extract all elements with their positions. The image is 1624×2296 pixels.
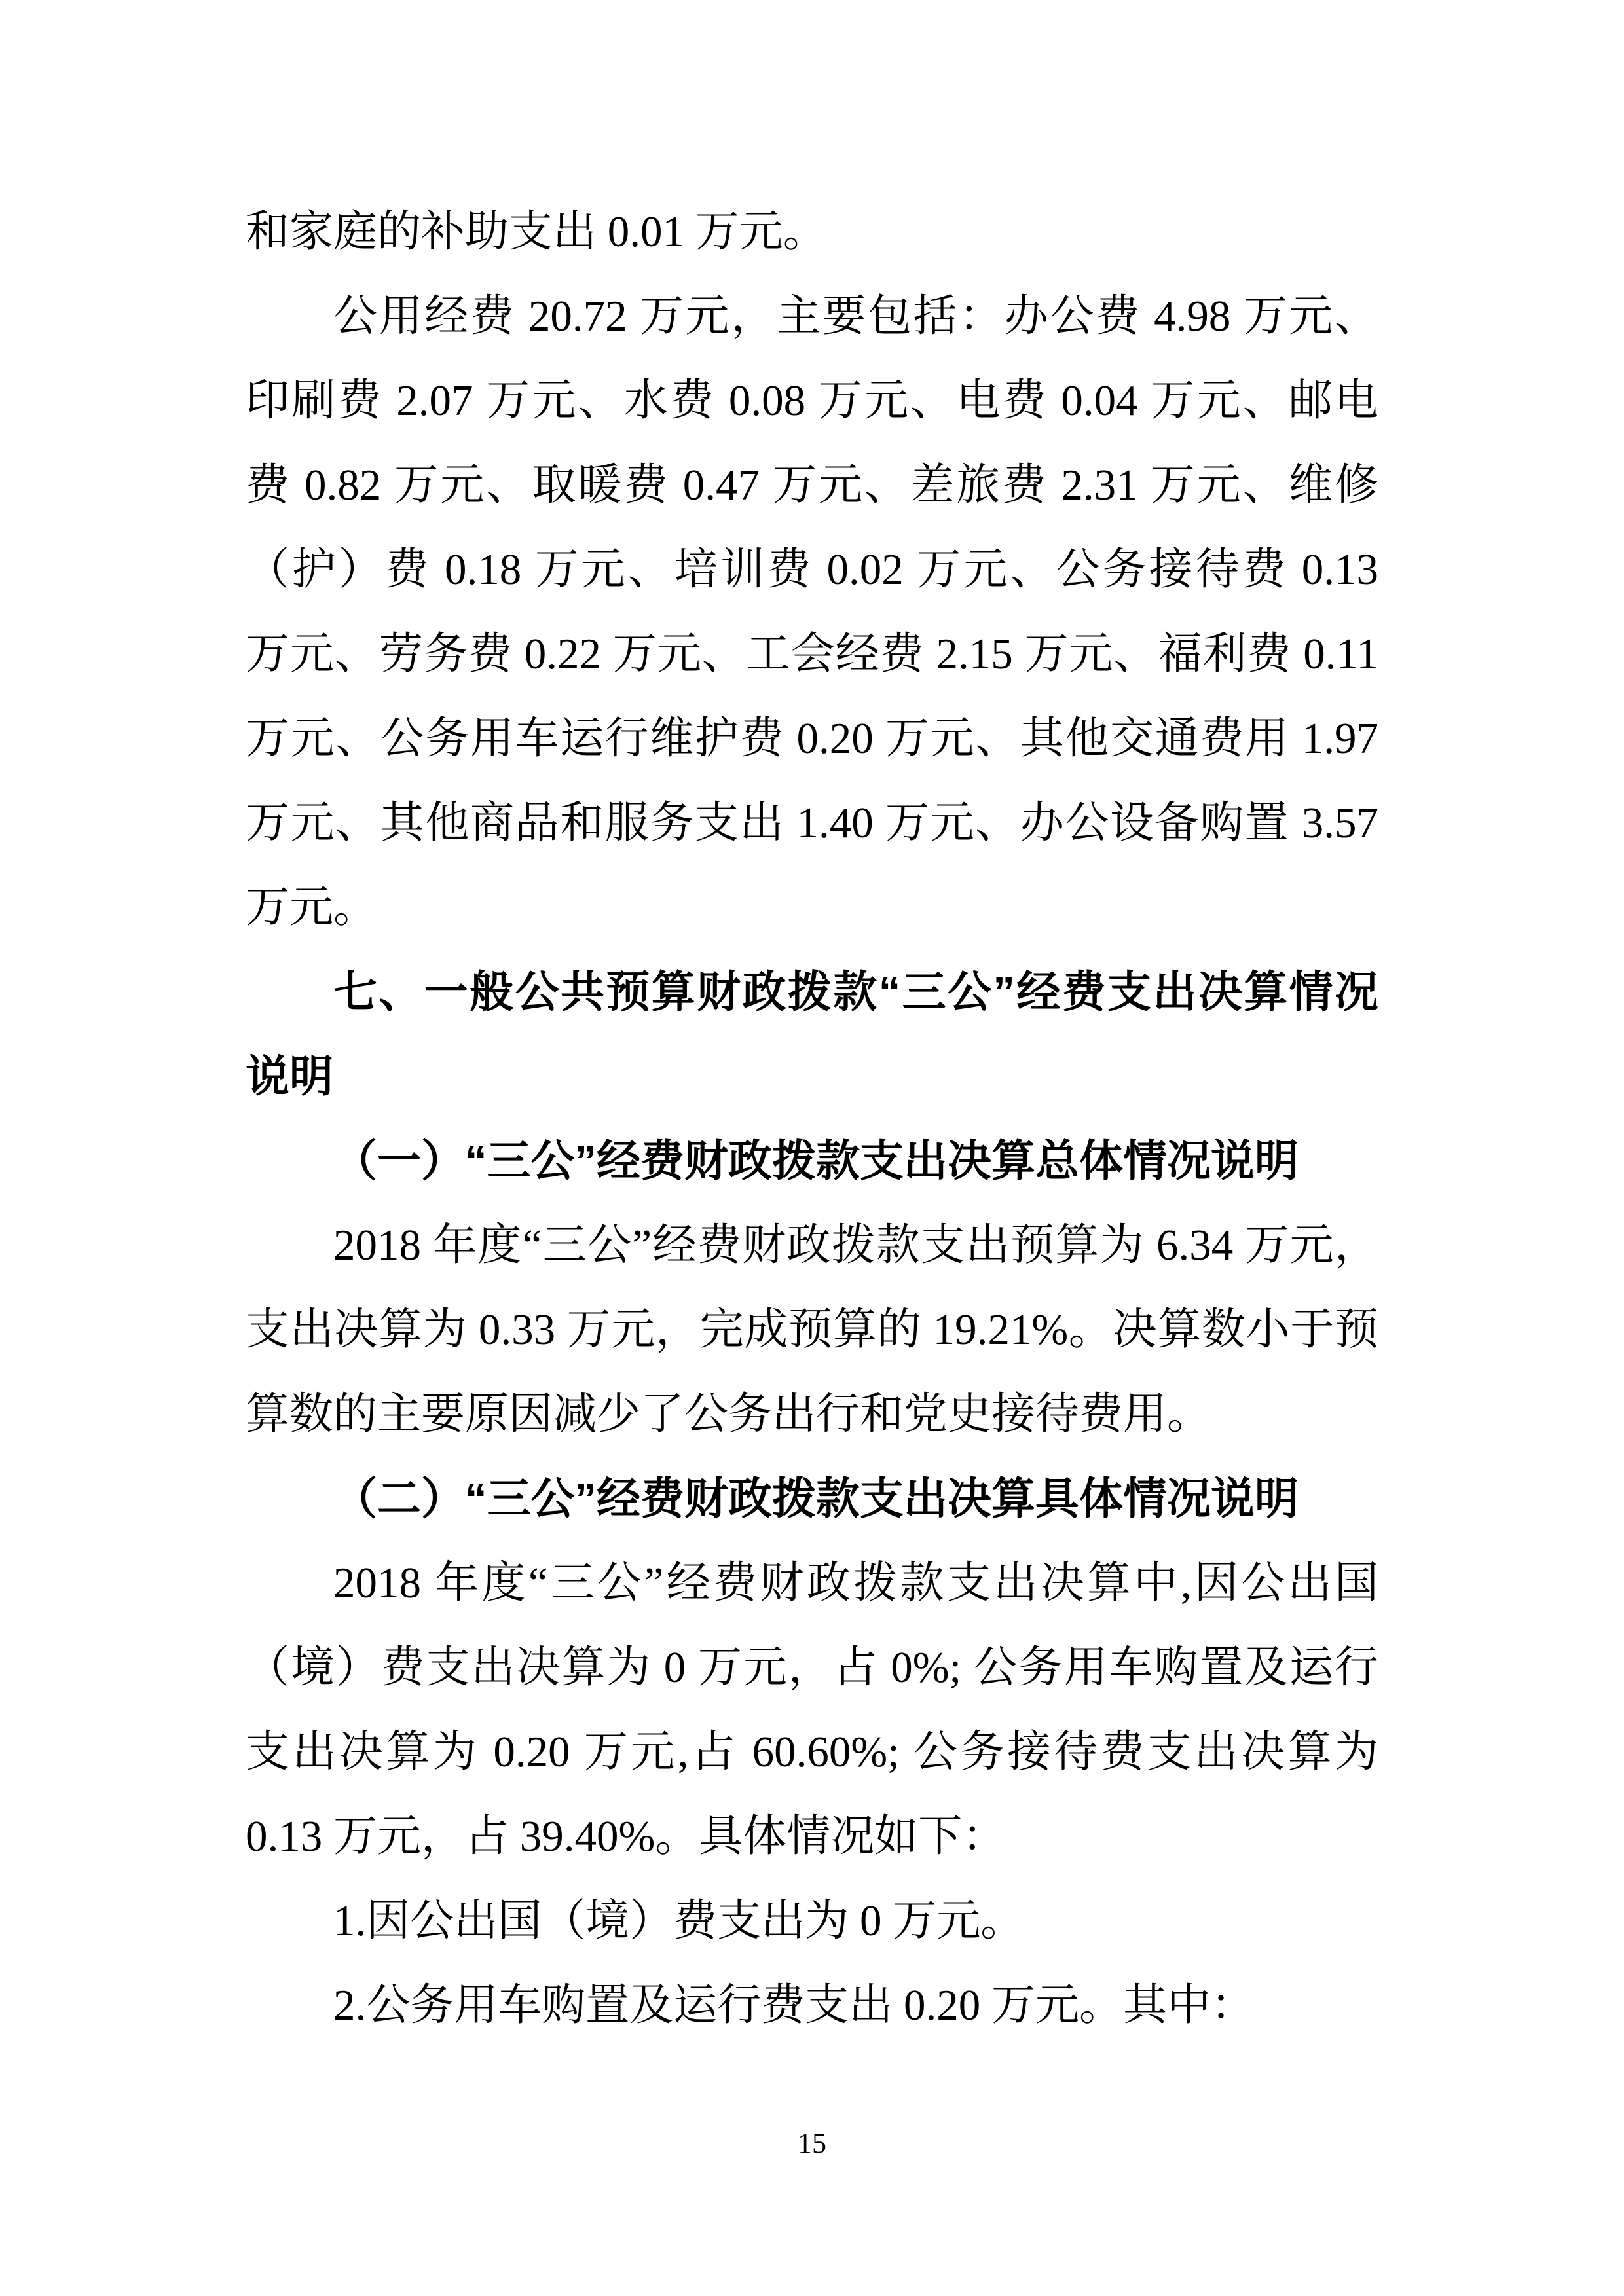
page-number: 15 <box>0 2129 1624 2158</box>
text-line: 费 0.82 万元、取暖费 0.47 万元、差旅费 2.31 万元、维修 <box>246 443 1378 528</box>
text-line: 万元、其他商品和服务支出 1.40 万元、办公设备购置 3.57 <box>246 781 1378 866</box>
text-line: （境）费支出决算为 0 万元，占 0%; 公务用车购置及运行费 <box>246 1626 1378 1710</box>
text-line: 支出决算为 0.33 万元，完成预算的 19.21%。决算数小于预 <box>246 1288 1378 1372</box>
section-heading-7: 七、一般公共预算财政拨款“三公”经费支出决算情况 <box>246 950 1378 1034</box>
section-heading-7-continuation: 说明 <box>246 1034 1378 1119</box>
text-line: 算数的主要原因减少了公务出行和党史接待费用。 <box>246 1372 1378 1457</box>
text-line: 万元、公务用车运行维护费 0.20 万元、其他交通费用 1.97 <box>246 697 1378 781</box>
list-item-1: 1.因公出国（境）费支出为 0 万元。 <box>246 1879 1378 1963</box>
text-line: （护）费 0.18 万元、培训费 0.02 万元、公务接待费 0.13 <box>246 528 1378 612</box>
text-line: 公用经费 20.72 万元，主要包括：办公费 4.98 万元、 <box>246 274 1378 359</box>
text-line: 印刷费 2.07 万元、水费 0.08 万元、电费 0.04 万元、邮电 <box>246 359 1378 443</box>
document-page: 和家庭的补助支出 0.01 万元。 公用经费 20.72 万元，主要包括：办公费… <box>0 0 1624 2296</box>
subsection-heading-2: （二）“三公”经费财政拨款支出决算具体情况说明 <box>246 1457 1378 1541</box>
subsection-heading-1: （一）“三公”经费财政拨款支出决算总体情况说明 <box>246 1119 1378 1203</box>
text-line: 0.13 万元，占 39.40%。具体情况如下： <box>246 1795 1378 1879</box>
list-item-2: 2.公务用车购置及运行费支出 0.20 万元。其中： <box>246 1963 1378 2048</box>
text-line: 万元。 <box>246 866 1378 950</box>
text-line: 和家庭的补助支出 0.01 万元。 <box>246 190 1378 274</box>
text-line: 2018 年度“三公”经费财政拨款支出决算中,因公出国 <box>246 1541 1378 1626</box>
text-line: 支出决算为 0.20 万元,占 60.60%; 公务接待费支出决算为 <box>246 1710 1378 1795</box>
text-line: 2018 年度“三公”经费财政拨款支出预算为 6.34 万元， <box>246 1203 1378 1288</box>
document-body: 和家庭的补助支出 0.01 万元。 公用经费 20.72 万元，主要包括：办公费… <box>246 190 1378 2048</box>
text-line: 万元、劳务费 0.22 万元、工会经费 2.15 万元、福利费 0.11 <box>246 612 1378 697</box>
